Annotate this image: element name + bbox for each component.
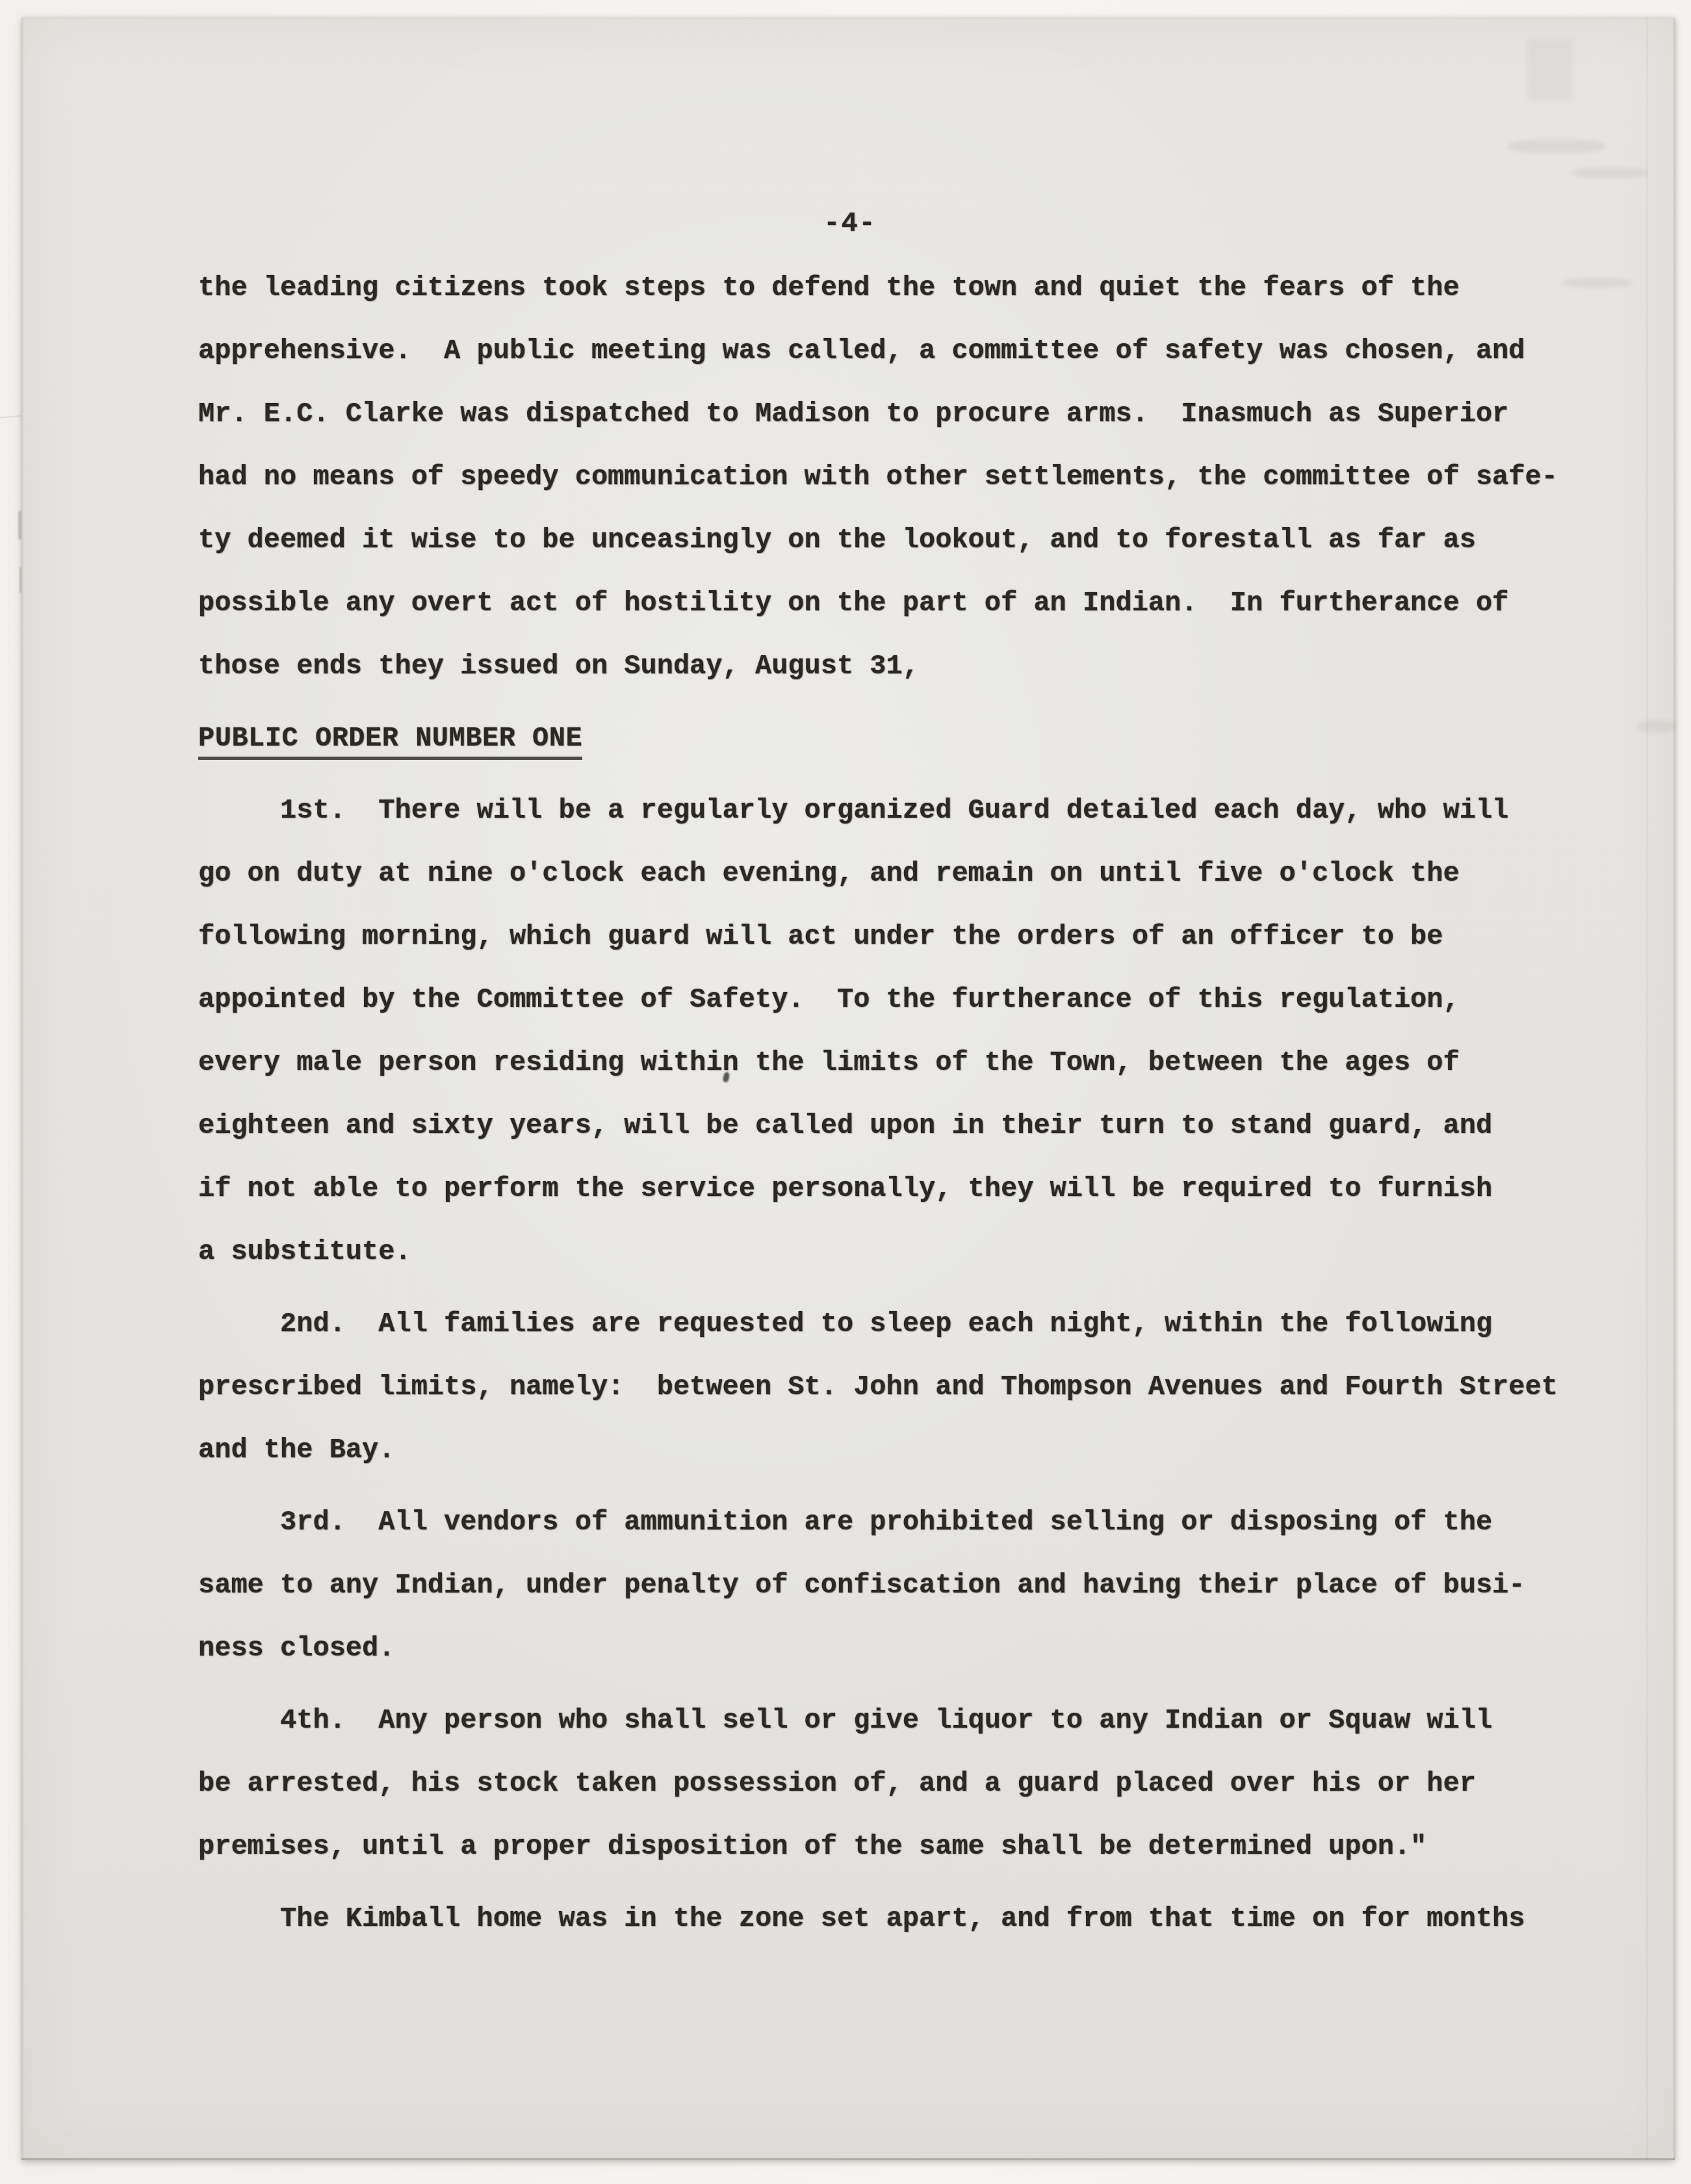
text-line: prescribed limits, namely: between St. J… [198, 1356, 1641, 1419]
paper-crease-artifact [0, 415, 23, 418]
text-line: every male person residing within the li… [198, 1032, 1641, 1095]
text-line: be arrested, his stock taken possession … [198, 1752, 1641, 1815]
text-line: eighteen and sixty years, will be called… [198, 1095, 1641, 1158]
text-line: and the Bay. [198, 1419, 1641, 1482]
section-heading-text: PUBLIC ORDER NUMBER ONE [198, 722, 582, 760]
text-line: had no means of speedy communication wit… [198, 446, 1641, 509]
section-heading: PUBLIC ORDER NUMBER ONE [198, 707, 1641, 770]
text-line: 2nd. All families are requested to sleep… [198, 1293, 1641, 1356]
scan-smudge [1573, 168, 1647, 178]
text-line: Mr. E.C. Clarke was dispatched to Madiso… [198, 383, 1641, 446]
text-line: The Kimball home was in the zone set apa… [198, 1888, 1641, 1951]
text-line: go on duty at nine o'clock each evening,… [198, 842, 1641, 905]
text-line: possible any overt act of hostility on t… [198, 572, 1641, 635]
page-number: -4- [779, 207, 922, 240]
text-line: ty deemed it wise to be unceasingly on t… [198, 509, 1641, 572]
text-line: ness closed. [198, 1617, 1641, 1680]
text-line: apprehensive. A public meeting was calle… [198, 320, 1641, 383]
scan-smudge [1638, 720, 1677, 732]
scanner-background: -4- the leading citizens took steps to d… [0, 0, 1691, 2184]
paper-fold-line [1646, 18, 1648, 2160]
text-line: 3rd. All vendors of ammunition are prohi… [198, 1491, 1641, 1554]
text-line: 4th. Any person who shall sell or give l… [198, 1689, 1641, 1752]
text-line: a substitute. [198, 1221, 1641, 1284]
page: -4- the leading citizens took steps to d… [21, 18, 1675, 2160]
text-line: the leading citizens took steps to defen… [198, 257, 1641, 320]
text-line: premises, until a proper disposition of … [198, 1815, 1641, 1878]
text-line: 1st. There will be a regularly organized… [198, 779, 1641, 842]
scan-smudge [1508, 140, 1605, 153]
text-line: appointed by the Committee of Safety. To… [198, 968, 1641, 1032]
text-line: if not able to perform the service perso… [198, 1158, 1641, 1221]
scan-streak-artifact [1527, 39, 1573, 101]
document-body: the leading citizens took steps to defen… [198, 257, 1641, 1951]
text-line: those ends they issued on Sunday, August… [198, 635, 1641, 698]
text-line: following morning, which guard will act … [198, 905, 1641, 968]
text-line: same to any Indian, under penalty of con… [198, 1554, 1641, 1617]
